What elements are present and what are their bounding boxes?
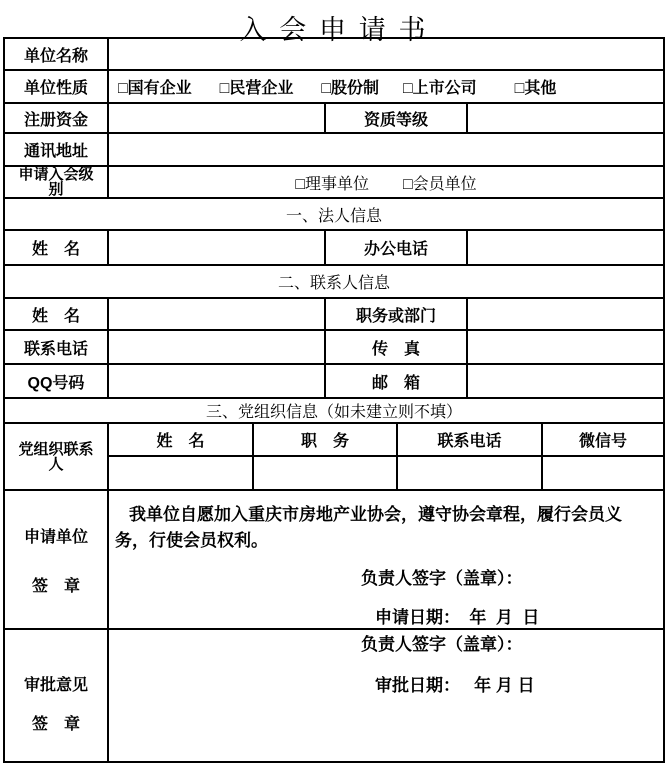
registered-capital-input[interactable] (108, 103, 325, 133)
qualification-level-input[interactable] (467, 103, 664, 133)
contact-name-label: 姓 名 (4, 298, 108, 330)
party-position-header: 职 务 (253, 423, 397, 456)
contact-phone-label: 联系电话 (4, 330, 108, 364)
mailing-address-label: 通讯地址 (4, 133, 108, 166)
form-title: 入 会 申 请 书 (0, 0, 668, 37)
checkbox-director-unit[interactable]: □理事单位 (295, 171, 369, 194)
registered-capital-label: 注册资金 (4, 103, 108, 133)
section-legal-person-header: 一、法人信息 (4, 198, 664, 230)
application-form-page: 入 会 申 请 书 单位名称 单位性质 □国有企业 □民营企业 □股份制 □上市… (0, 0, 668, 769)
party-name-header: 姓 名 (108, 423, 253, 456)
checkbox-joint-stock[interactable]: □股份制 (321, 75, 379, 98)
apply-seal-label-line1: 申请单位 (24, 524, 88, 547)
approval-sign-line: 负责人签字（盖章）： (361, 630, 663, 655)
apply-date-line: 申请日期： 年 月 日 (375, 603, 663, 628)
apply-seal-label-line2: 签 章 (32, 573, 80, 596)
checkbox-private-enterprise[interactable]: □民营企业 (220, 75, 294, 98)
email-input[interactable] (467, 364, 664, 398)
checkbox-listed-company[interactable]: □上市公司 (403, 75, 477, 98)
unit-nature-label: 单位性质 (4, 70, 108, 103)
legal-name-label: 姓 名 (4, 230, 108, 265)
qualification-level-label: 资质等级 (325, 103, 467, 133)
party-name-input[interactable] (108, 456, 253, 490)
section-contact-person-header: 二、联系人信息 (4, 265, 664, 298)
checkbox-state-owned-enterprise[interactable]: □国有企业 (118, 75, 192, 98)
fax-label: 传 真 (325, 330, 467, 364)
apply-sign-line: 负责人签字（盖章）： (361, 564, 663, 589)
party-phone-header: 联系电话 (397, 423, 542, 456)
section-party-org-header: 三、党组织信息（如未建立则不填） (4, 398, 664, 423)
approval-date-line: 审批日期： 年 月 日 (375, 671, 663, 696)
approval-seal-label-line1: 审批意见 (24, 672, 88, 695)
apply-seal-label: 申请单位 签 章 (4, 490, 108, 629)
approval-seal-label: 审批意见 签 章 (4, 629, 108, 762)
unit-nature-options-cell: □国有企业 □民营企业 □股份制 □上市公司 □其他 (108, 70, 664, 103)
party-wechat-header: 微信号 (542, 423, 664, 456)
office-phone-label: 办公电话 (325, 230, 467, 265)
contact-phone-input[interactable] (108, 330, 325, 364)
position-label: 职务或部门 (325, 298, 467, 330)
checkbox-other[interactable]: □其他 (515, 75, 557, 98)
unit-name-label: 单位名称 (4, 38, 108, 70)
party-position-input[interactable] (253, 456, 397, 490)
office-phone-input[interactable] (467, 230, 664, 265)
application-form-table: 单位名称 单位性质 □国有企业 □民营企业 □股份制 □上市公司 □其他 注册资… (3, 37, 665, 763)
approval-seal-cell[interactable]: 负责人签字（盖章）： 审批日期： 年 月 日 (108, 629, 664, 762)
checkbox-member-unit[interactable]: □会员单位 (403, 171, 477, 194)
qq-number-input[interactable] (108, 364, 325, 398)
membership-level-label: 申请入会级别 (4, 166, 108, 198)
party-contact-label: 党组织联系人 (4, 423, 108, 490)
membership-declaration: 我单位自愿加入重庆市房地产业协会，遵守协会章程，履行会员义务，行使会员权利。 (115, 502, 627, 554)
position-input[interactable] (467, 298, 664, 330)
mailing-address-input[interactable] (108, 133, 664, 166)
fax-input[interactable] (467, 330, 664, 364)
apply-seal-cell[interactable]: 我单位自愿加入重庆市房地产业协会，遵守协会章程，履行会员义务，行使会员权利。 负… (108, 490, 664, 629)
membership-level-options-cell: □理事单位 □会员单位 (108, 166, 664, 198)
approval-seal-label-line2: 签 章 (32, 711, 80, 734)
qq-number-label: QQ号码 (4, 364, 108, 398)
party-wechat-input[interactable] (542, 456, 664, 490)
legal-name-input[interactable] (108, 230, 325, 265)
email-label: 邮 箱 (325, 364, 467, 398)
contact-name-input[interactable] (108, 298, 325, 330)
party-phone-input[interactable] (397, 456, 542, 490)
